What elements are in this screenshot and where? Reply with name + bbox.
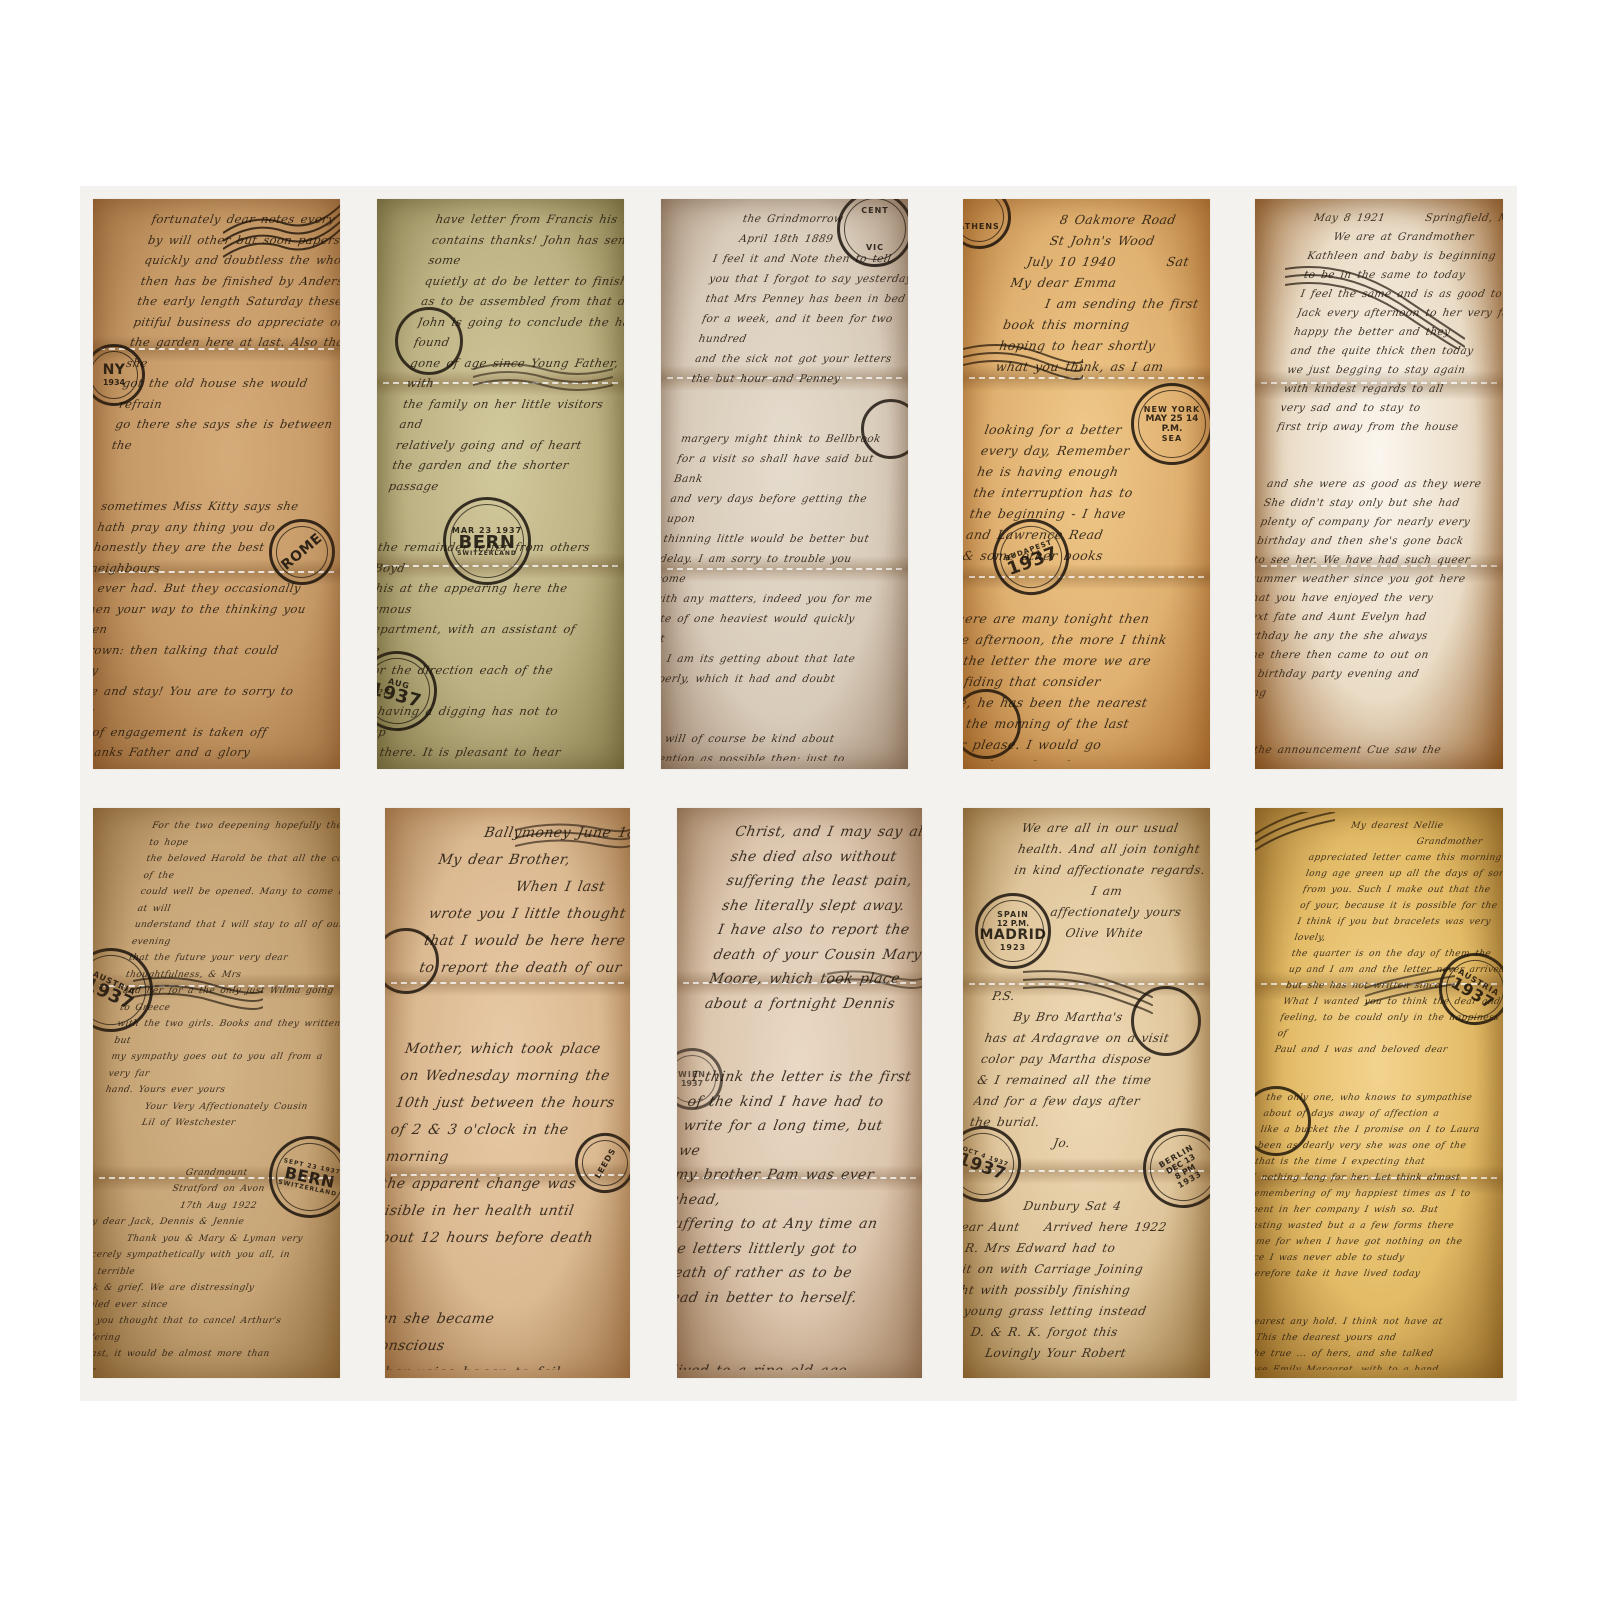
postmark-stamp-bern-icon: MAR 23 1937BERNSWITZERLAND (443, 497, 531, 585)
cancellation-waves-icon (1285, 249, 1465, 349)
handwritten-text: fortunately dear notes every day by will… (93, 209, 340, 761)
postmark-stamp-athens-icon: ATHENS (963, 199, 1011, 249)
letter-card-8: Christ, and I may say also she died also… (677, 808, 922, 1378)
handwritten-text: 8 Oakmore Road St John's Wood July 10 19… (963, 209, 1210, 761)
letter-card-4: 8 Oakmore Road St John's Wood July 10 19… (963, 199, 1210, 769)
letter-card-7: Ballymoney June 1897 My dear Brother, Wh… (385, 808, 630, 1378)
cancellation-waves-icon (515, 818, 630, 858)
cancellation-waves-icon (827, 968, 922, 1008)
cancellation-waves-icon (223, 201, 340, 261)
handwritten-text: the Grindmorrow April 18th 1889 I feel i… (661, 209, 908, 761)
letter-card-2: have letter from Francis his letter cont… (377, 199, 624, 769)
letter-card-10: My dearest Nellie Grandmother appreciate… (1255, 808, 1503, 1378)
handwritten-text: Ballymoney June 1897 My dear Brother, Wh… (385, 820, 630, 1370)
handwritten-text: For the two deepening hopefully they lon… (93, 818, 340, 1370)
postmark-ring-icon (395, 307, 463, 375)
postmark-stamp-newyork-icon: NEW YORKMAY 25 14 P.M.SEA (1131, 383, 1210, 465)
cancellation-waves-icon (1365, 958, 1455, 1008)
cancellation-waves-icon (963, 339, 1083, 389)
letter-card-1: fortunately dear notes every day by will… (93, 199, 340, 769)
postmark-stamp-madrid-icon: SPAIN12 P.M.MADRID1923 (975, 893, 1051, 969)
letter-card-5: May 8 1921 Springfield, Mo. We are at Gr… (1255, 199, 1503, 769)
letter-card-3: the Grindmorrow April 18th 1889 I feel i… (661, 199, 908, 769)
letter-card-6: For the two deepening hopefully they lon… (93, 808, 340, 1378)
cancellation-waves-icon (133, 973, 263, 1013)
cancellation-waves-icon (1023, 968, 1153, 1018)
cancellation-waves-icon (1255, 812, 1335, 852)
cancellation-waves-icon (473, 359, 613, 399)
letter-card-9: We are all in our usual health. And all … (963, 808, 1210, 1378)
